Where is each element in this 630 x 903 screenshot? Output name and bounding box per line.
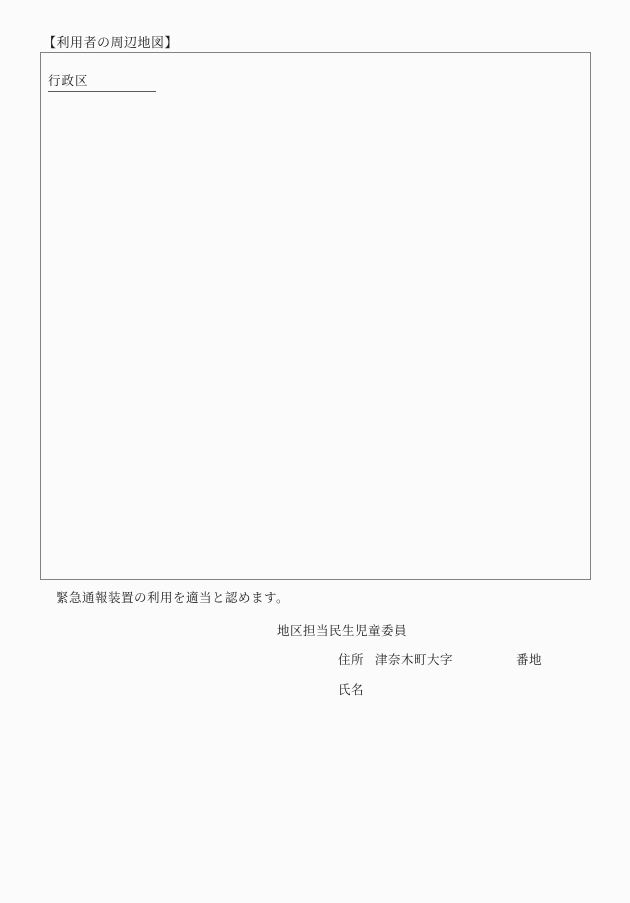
district-field: 行政区 bbox=[48, 71, 156, 92]
section-title: 【利用者の周辺地図】 bbox=[43, 32, 178, 51]
map-area-box: 行政区 bbox=[40, 52, 591, 580]
address-value: 津奈木町大字 bbox=[375, 650, 453, 668]
address-line: 住所 津奈木町大字 番地 bbox=[0, 650, 630, 666]
signer-title: 地区担当民生児童委員 bbox=[277, 621, 407, 639]
district-label: 行政区 bbox=[48, 74, 89, 88]
address-number-blank bbox=[452, 650, 512, 664]
document-page: 【利用者の周辺地図】 行政区 緊急通報装置の利用を適当と認めます。 地区担当民生… bbox=[0, 0, 630, 903]
approval-statement: 緊急通報装置の利用を適当と認めます。 bbox=[56, 588, 289, 606]
name-label: 氏名 bbox=[338, 680, 364, 698]
address-suffix-label: 番地 bbox=[516, 650, 542, 668]
address-label: 住所 bbox=[338, 650, 364, 668]
